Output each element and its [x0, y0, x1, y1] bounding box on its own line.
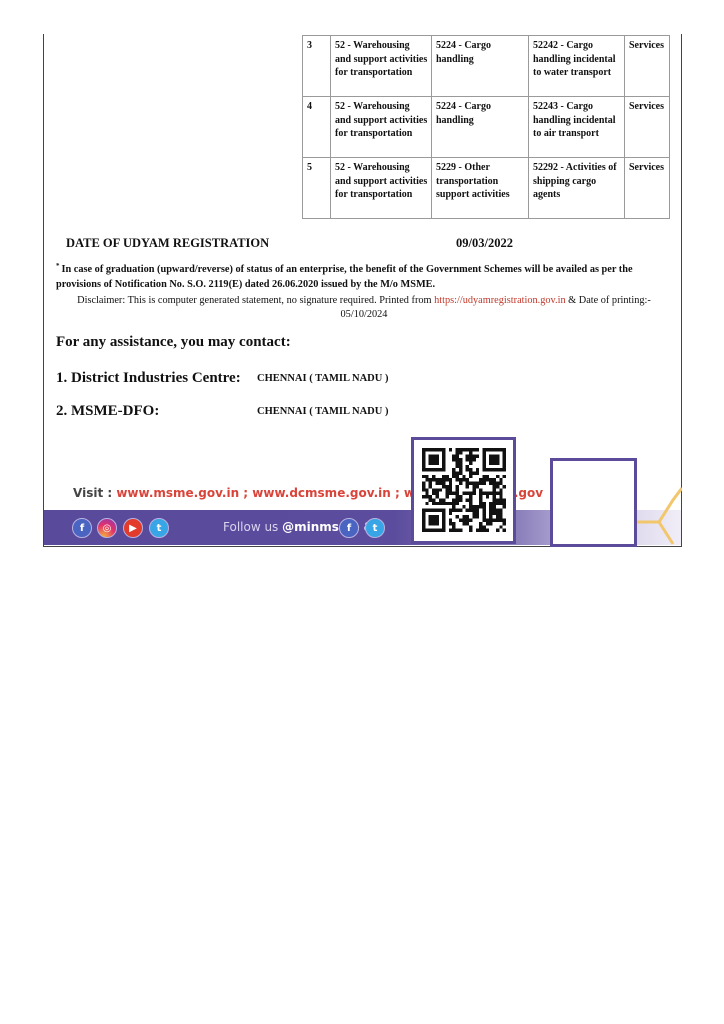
cell-nic5: 52242 - Cargo handling incidental to wat…	[529, 36, 625, 97]
registration-date-value: 09/03/2022	[456, 236, 513, 251]
twitter-icon[interactable]: t	[365, 518, 385, 538]
cell-activity: Services	[625, 158, 670, 219]
cell-nic4: 5224 - Cargo handling	[432, 36, 529, 97]
cell-nic5: 52292 - Activities of shipping cargo age…	[529, 158, 625, 219]
cell-nic2: 52 - Warehousing and support activities …	[331, 97, 432, 158]
contact-value-dic: CHENNAI ( TAMIL NADU )	[257, 373, 388, 384]
facebook-icon[interactable]: f	[339, 518, 359, 538]
visit-label: Visit :	[73, 486, 116, 500]
follow-prefix: Follow us	[223, 520, 282, 534]
graduation-note: *In case of graduation (upward/reverse) …	[56, 259, 672, 292]
qr-code-frame	[411, 437, 516, 544]
cell-sno: 3	[303, 36, 331, 97]
facebook-icon[interactable]: f	[72, 518, 92, 538]
cell-nic2: 52 - Warehousing and support activities …	[331, 36, 432, 97]
cell-nic5: 52243 - Cargo handling incidental to air…	[529, 97, 625, 158]
cell-nic4: 5229 - Other transportation support acti…	[432, 158, 529, 219]
registration-date-label: DATE OF UDYAM REGISTRATION	[66, 236, 269, 251]
youtube-icon[interactable]: ▶	[123, 518, 143, 538]
hexagon-decoration	[637, 480, 682, 546]
qr-code[interactable]	[422, 448, 506, 532]
cell-sno: 5	[303, 158, 331, 219]
cell-nic2: 52 - Warehousing and support activities …	[331, 158, 432, 219]
disclaimer: Disclaimer: This is computer generated s…	[56, 294, 672, 322]
assistance-heading: For any assistance, you may contact:	[56, 334, 291, 351]
table-row: 352 - Warehousing and support activities…	[303, 36, 670, 97]
contact-value-msme-dfo: CHENNAI ( TAMIL NADU )	[257, 406, 388, 417]
cell-nic4: 5224 - Cargo handling	[432, 97, 529, 158]
nic-code-table: 352 - Warehousing and support activities…	[302, 35, 670, 219]
cell-activity: Services	[625, 36, 670, 97]
note-marker: *	[56, 262, 60, 270]
note-text: In case of graduation (upward/reverse) o…	[56, 264, 633, 290]
disclaimer-prefix: Disclaimer: This is computer generated s…	[77, 295, 434, 306]
cell-activity: Services	[625, 97, 670, 158]
instagram-icon[interactable]: ◎	[97, 518, 117, 538]
contact-label-msme-dfo: 2. MSME-DFO:	[56, 403, 159, 420]
twitter-icon[interactable]: t	[149, 518, 169, 538]
table-row: 552 - Warehousing and support activities…	[303, 158, 670, 219]
photo-placeholder-frame	[550, 458, 637, 547]
udyam-registration-link[interactable]: https://udyamregistration.gov.in	[434, 295, 565, 306]
table-row: 452 - Warehousing and support activities…	[303, 97, 670, 158]
contact-label-dic: 1. District Industries Centre:	[56, 370, 241, 387]
cell-sno: 4	[303, 97, 331, 158]
